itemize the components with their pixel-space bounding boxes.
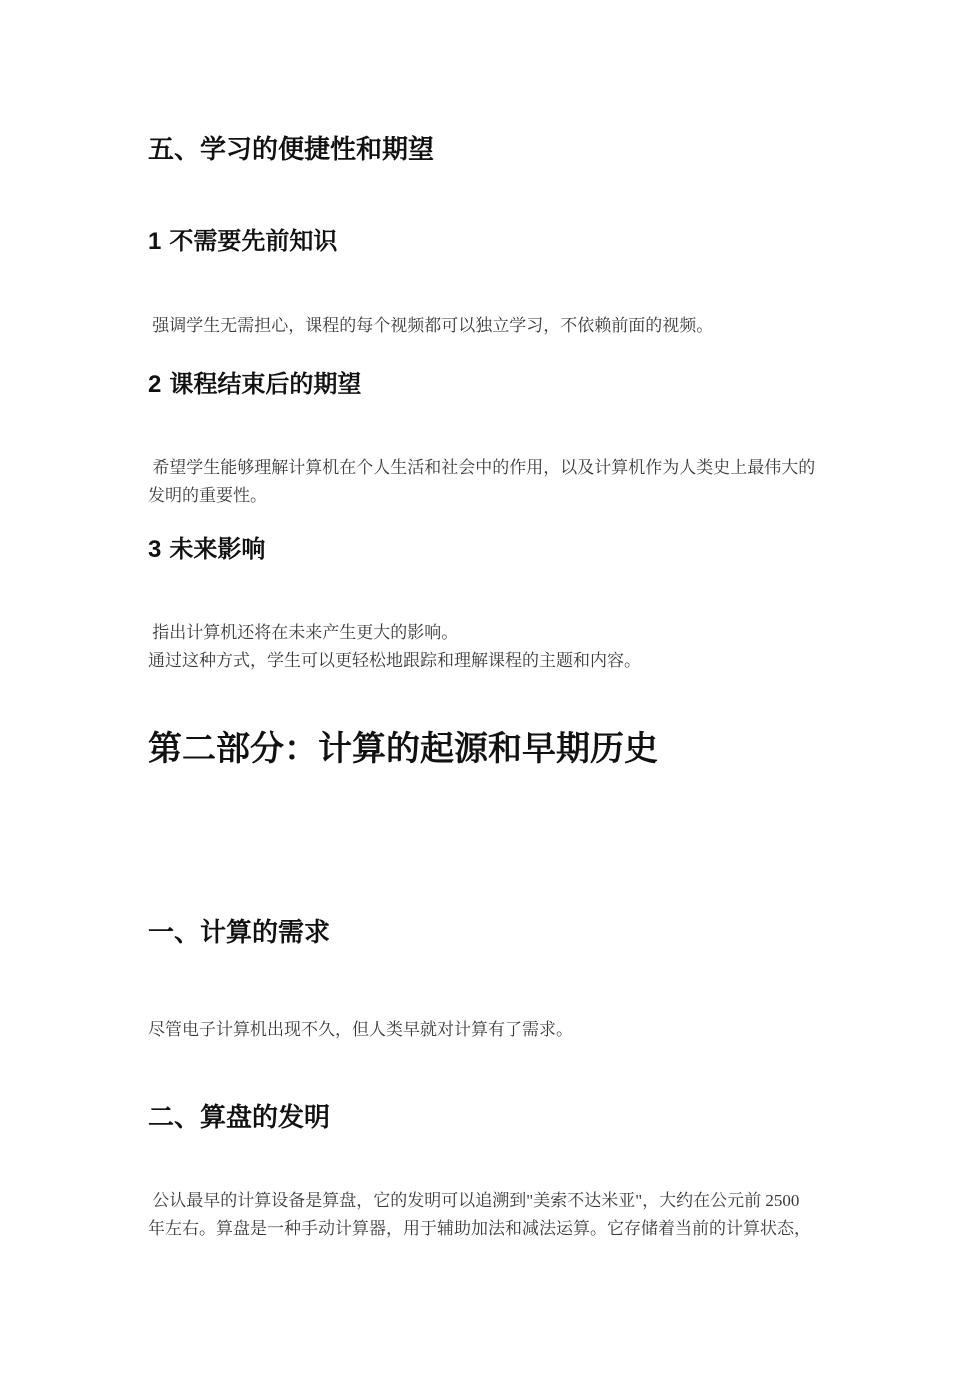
paragraph-course-expectations: 希望学生能够理解计算机在个人生活和社会中的作用，以及计算机作为人类史上最伟大的 … — [148, 454, 838, 510]
subsection-number: 3 — [148, 536, 161, 563]
subsection-heading-future-impact: 3未来影响 — [148, 534, 838, 566]
paragraph-abacus-invention: 公认最早的计算设备是算盘，它的发明可以追溯到"美索不达米亚"，大约在公元前 25… — [148, 1187, 838, 1243]
paragraph-line: 通过这种方式，学生可以更轻松地跟踪和理解课程的主题和内容。 — [148, 647, 838, 675]
paragraph-line: 年左右。算盘是一种手动计算器，用于辅助加法和减法运算。它存储着当前的计算状态， — [148, 1215, 838, 1243]
paragraph-future-impact: 指出计算机还将在未来产生更大的影响。 通过这种方式，学生可以更轻松地跟踪和理解课… — [148, 619, 838, 675]
paragraph-no-prior-knowledge: 强调学生无需担心，课程的每个视频都可以独立学习，不依赖前面的视频。 — [148, 312, 838, 340]
subsection-heading-no-prior-knowledge: 1不需要先前知识 — [148, 226, 838, 258]
section-heading-learning-convenience: 五、学习的便捷性和期望 — [148, 133, 838, 167]
paragraph-line: 强调学生无需担心，课程的每个视频都可以独立学习，不依赖前面的视频。 — [148, 312, 838, 340]
paragraph-computing-need: 尽管电子计算机出现不久，但人类早就对计算有了需求。 — [148, 1016, 838, 1044]
subsection-number: 2 — [148, 371, 161, 398]
paragraph-line: 指出计算机还将在未来产生更大的影响。 — [148, 619, 838, 647]
document-page: 五、学习的便捷性和期望 1不需要先前知识 强调学生无需担心，课程的每个视频都可以… — [0, 0, 978, 1383]
subsection-title: 不需要先前知识 — [169, 229, 337, 255]
subsection-number: 1 — [148, 228, 161, 255]
subsection-title: 未来影响 — [169, 537, 265, 563]
part2-title: 第二部分：计算的起源和早期历史 — [148, 728, 838, 772]
subsection-title: 课程结束后的期望 — [169, 372, 361, 398]
paragraph-line: 尽管电子计算机出现不久，但人类早就对计算有了需求。 — [148, 1016, 838, 1044]
subsection-heading-course-expectations: 2课程结束后的期望 — [148, 369, 838, 401]
paragraph-line: 希望学生能够理解计算机在个人生活和社会中的作用，以及计算机作为人类史上最伟大的 — [148, 454, 838, 482]
paragraph-line: 发明的重要性。 — [148, 482, 838, 510]
section-heading-computing-need: 一、计算的需求 — [148, 916, 838, 950]
section-heading-abacus-invention: 二、算盘的发明 — [148, 1101, 838, 1135]
paragraph-line: 公认最早的计算设备是算盘，它的发明可以追溯到"美索不达米亚"，大约在公元前 25… — [148, 1187, 838, 1215]
